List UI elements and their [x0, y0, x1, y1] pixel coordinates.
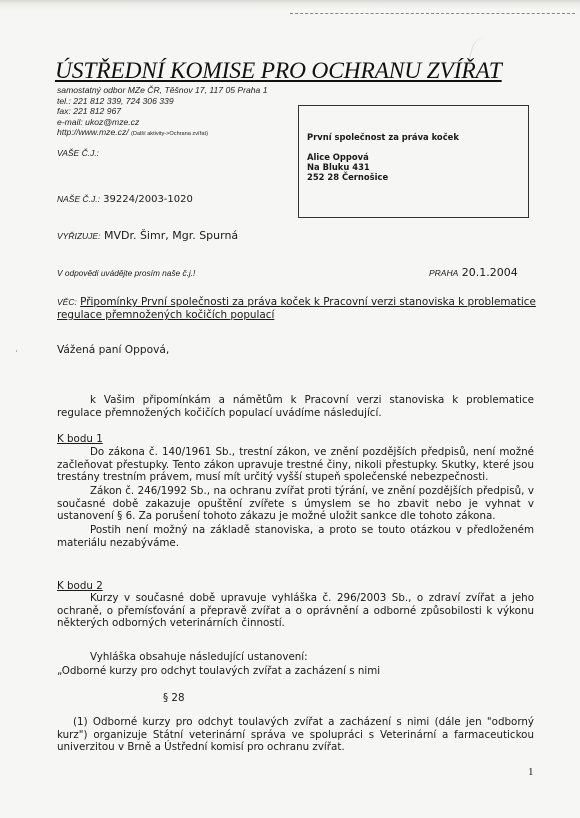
- phone-line: tel.: 221 812 339, 724 306 339: [57, 96, 268, 107]
- web-note: (Další aktivity->Ochrana zvířat): [131, 131, 208, 137]
- point2-quote-title: „Odborné kurzy pro odchyt toulavých zvíř…: [57, 665, 534, 678]
- recipient-name: Alice Oppová: [307, 152, 528, 162]
- point2-paragraph: Vyhláška obsahuje následující ustanovení…: [57, 651, 534, 664]
- handled-by-label: VYŘIZUJE:: [57, 231, 100, 241]
- salutation: Vážená paní Oppová,: [57, 344, 169, 356]
- your-reference: VAŠE Č.J.:: [57, 148, 99, 158]
- section-number: § 28: [163, 692, 185, 704]
- handled-by: VYŘIZUJE: MVDr. Šimr, Mgr. Spurná: [57, 229, 238, 242]
- organization-info: samostatný odbor MZe ČR, Těšnov 17, 117 …: [57, 85, 268, 140]
- organization-title: ÚSTŘEDNÍ KOMISE PRO OCHRANU ZVÍŘAT: [55, 58, 502, 85]
- point1-paragraph: Postih není možný na základě stanoviska,…: [57, 524, 534, 549]
- margin-mark: ‘: [15, 348, 18, 358]
- point1-paragraph: Zákon č. 246/1992 Sb., na ochranu zvířat…: [57, 485, 534, 523]
- recipient-organization: První společnost za práva koček: [307, 132, 528, 142]
- reply-note: V odpovědi uvádějte prosím naše č.j.!: [57, 268, 195, 278]
- place-label: PRAHA: [429, 268, 458, 278]
- subject-text: Připomínky První společnosti za práva ko…: [57, 296, 536, 321]
- point2-heading: K bodu 2: [57, 580, 534, 593]
- section-clause: (1) Odborné kurzy pro odchyt toulavých z…: [57, 716, 534, 754]
- web-line: http://www.mze.cz/ (Další aktivity->Ochr…: [57, 127, 268, 140]
- recipient-city: 252 28 Černošice: [307, 172, 528, 182]
- our-reference: NAŠE Č.J.: 39224/2003-1020: [57, 194, 193, 205]
- our-reference-value: 39224/2003-1020: [103, 194, 193, 205]
- intro-paragraph: k Vašim připomínkám a námětům k Pracovní…: [57, 394, 534, 419]
- letter-date: 20.1.2004: [462, 266, 518, 279]
- handled-by-value: MVDr. Šimr, Mgr. Spurná: [104, 229, 238, 242]
- point1-heading: K bodu 1: [57, 433, 534, 446]
- page-number: 1: [528, 766, 534, 778]
- web-link[interactable]: http://www.mze.cz/: [57, 127, 129, 137]
- email-line: e-mail: ukoz@mze.cz: [57, 117, 268, 128]
- letter-page: ÚSTŘEDNÍ KOMISE PRO OCHRANU ZVÍŘAT samos…: [0, 0, 580, 818]
- place-date: PRAHA 20.1.2004: [429, 266, 518, 279]
- subject-label: VĚC:: [57, 297, 77, 307]
- recipient-street: Na Bluku 431: [307, 162, 528, 172]
- recipient-address-box: První společnost za práva koček Alice Op…: [298, 105, 529, 218]
- our-reference-label: NAŠE Č.J.:: [57, 194, 100, 204]
- address-line: samostatný odbor MZe ČR, Těšnov 17, 117 …: [57, 85, 268, 96]
- your-reference-label: VAŠE Č.J.:: [57, 148, 99, 158]
- point2-paragraph: Kurzy v současné době upravuje vyhláška …: [57, 592, 534, 630]
- fax-line: fax: 221 812 967: [57, 106, 268, 117]
- scan-top-rule: [290, 13, 575, 14]
- subject: VĚC: Připomínky První společnosti za prá…: [57, 296, 537, 322]
- point1-paragraph: Do zákona č. 140/1961 Sb., trestní zákon…: [57, 446, 534, 484]
